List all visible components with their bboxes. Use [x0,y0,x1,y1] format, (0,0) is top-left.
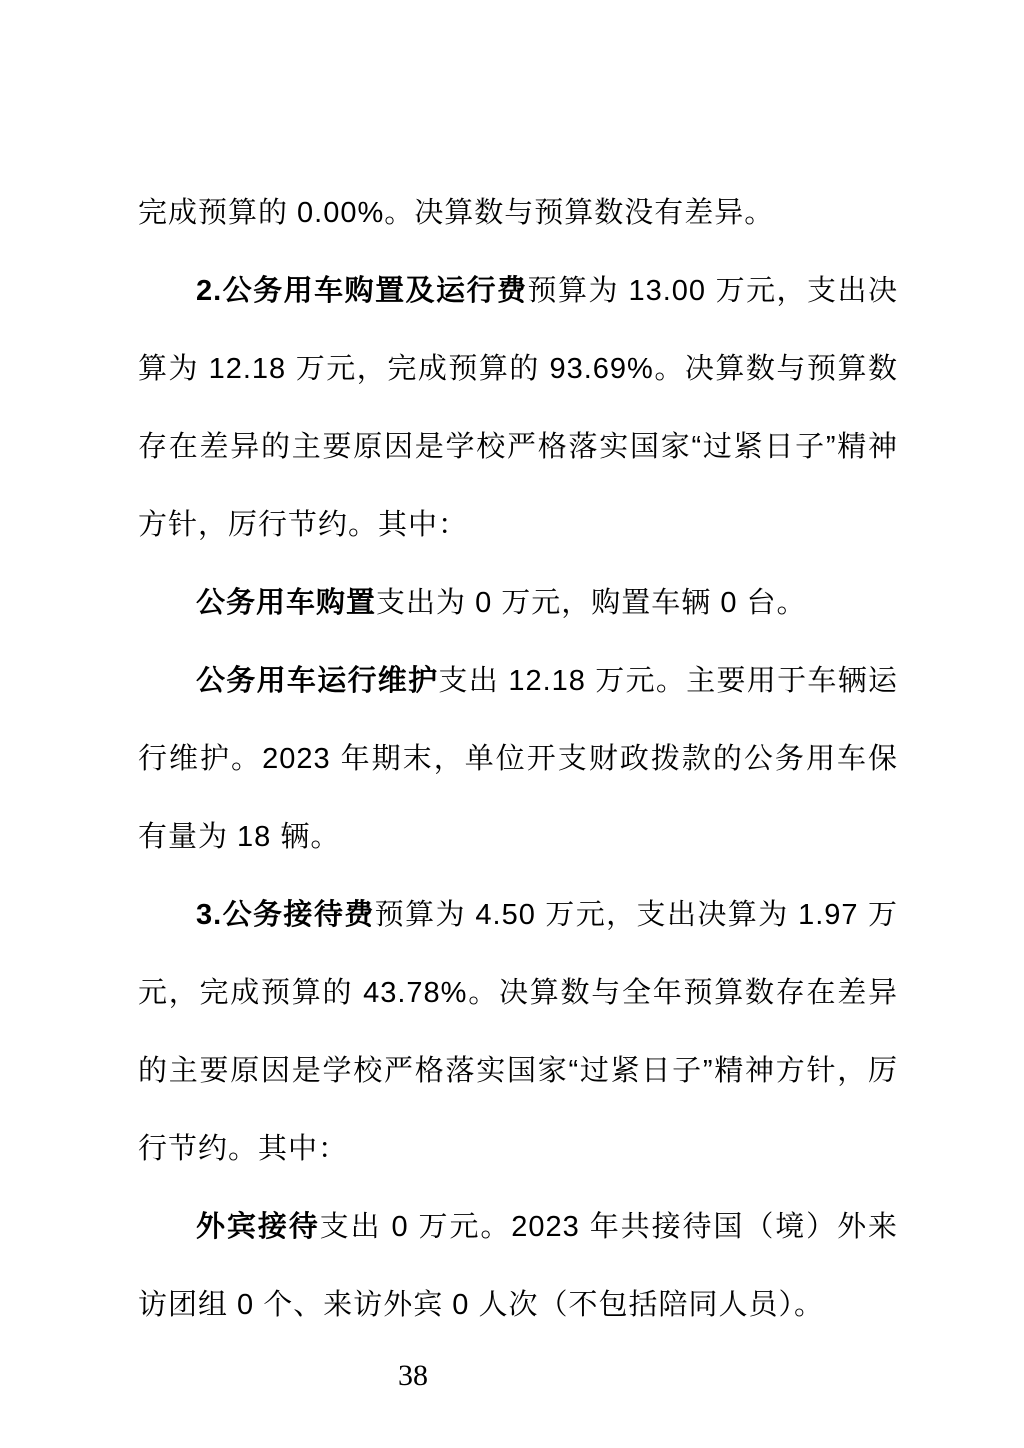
paragraph-text: 预算为 13.00 万元，支出决算为 12.18 万元，完成预算的 93.69%… [138,275,898,541]
paragraph-lead-bold: 公务用车购置 [196,587,376,619]
paragraph-vehicle-purchase-and-operation-fee: 2.公务用车购置及运行费预算为 13.00 万元，支出决算为 12.18 万元，… [138,252,898,564]
paragraph-text: 预算为 4.50 万元，支出决算为 1.97 万元，完成预算的 43.78%。决… [138,899,898,1165]
paragraph-vehicle-operation-maintenance: 公务用车运行维护支出 12.18 万元。主要用于车辆运行维护。2023 年期末，… [138,642,898,876]
document-page: 完成预算的 0.00%。决算数与预算数没有差异。 2.公务用车购置及运行费预算为… [0,0,1024,1448]
document-body: 完成预算的 0.00%。决算数与预算数没有差异。 2.公务用车购置及运行费预算为… [138,174,898,1344]
paragraph-lead-bold: 2.公务用车购置及运行费 [196,275,528,307]
paragraph-text: 支出为 0 万元，购置车辆 0 台。 [376,587,807,619]
paragraph-official-reception-fee: 3.公务接待费预算为 4.50 万元，支出决算为 1.97 万元，完成预算的 4… [138,876,898,1188]
paragraph-lead-bold: 公务用车运行维护 [196,665,438,697]
paragraph-text: 完成预算的 0.00%。决算数与预算数没有差异。 [138,197,774,229]
paragraph-lead-bold: 外宾接待 [196,1211,320,1243]
paragraph-foreign-guest-reception: 外宾接待支出 0 万元。2023 年共接待国（境）外来访团组 0 个、来访外宾 … [138,1188,898,1344]
page-number: 38 [373,1358,453,1394]
paragraph-vehicle-purchase: 公务用车购置支出为 0 万元，购置车辆 0 台。 [138,564,898,642]
paragraph-budget-completion-note: 完成预算的 0.00%。决算数与预算数没有差异。 [138,174,898,252]
paragraph-lead-bold: 3.公务接待费 [196,899,375,931]
